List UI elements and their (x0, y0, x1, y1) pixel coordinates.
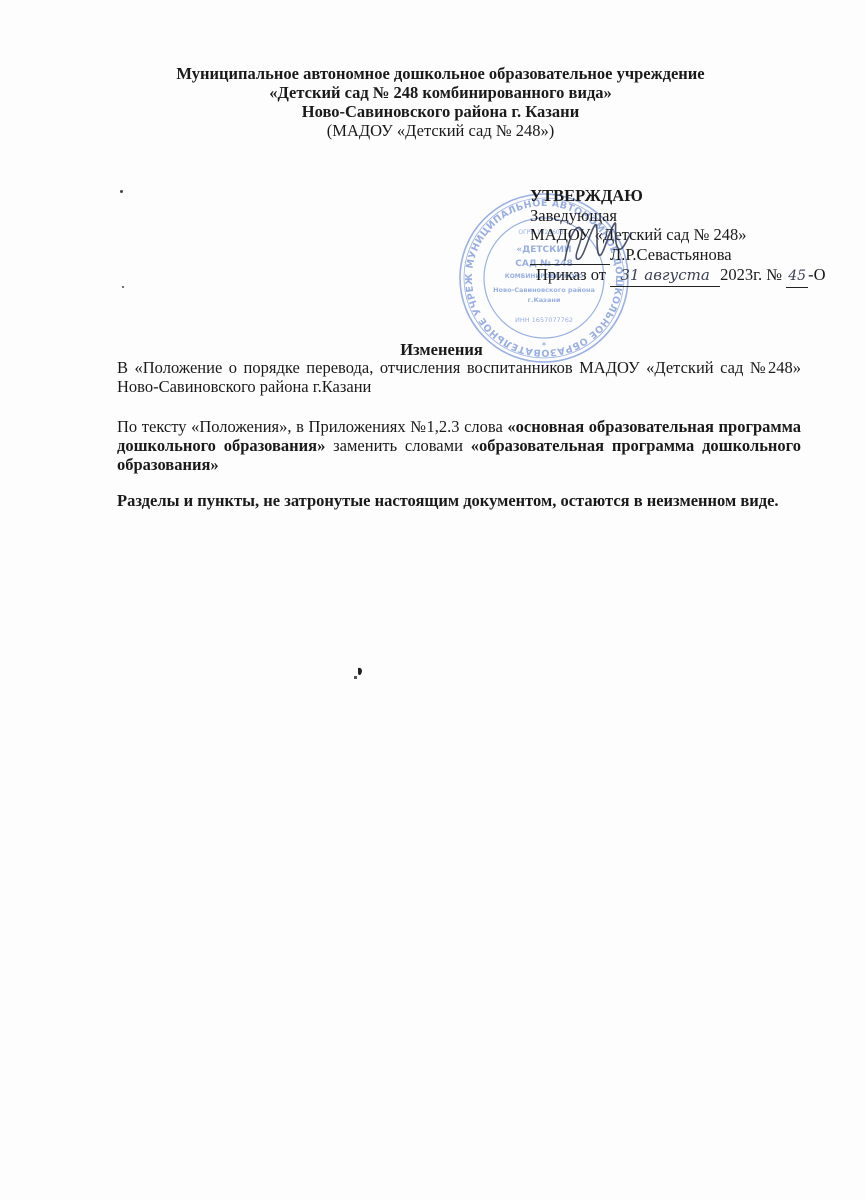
document-page: Муниципальное автономное дошкольное обра… (0, 0, 865, 1200)
closing-paragraph: Разделы и пункты, не затронутые настоящи… (117, 491, 801, 510)
svg-text:ИНН 1657077762: ИНН 1657077762 (515, 316, 573, 324)
change-paragraph: По тексту «Положения», в Приложениях №1,… (117, 417, 801, 474)
document-heading: Изменения (0, 340, 865, 360)
header-line-2: «Детский сад № 248 комбинированного вида… (16, 83, 865, 102)
order-number-handwritten: 45 (786, 267, 808, 288)
header-line-1: Муниципальное автономное дошкольное обра… (16, 64, 865, 83)
institution-header: Муниципальное автономное дошкольное обра… (0, 64, 865, 140)
svg-text:г.Казани: г.Казани (528, 296, 561, 304)
ink-blot-icon (352, 666, 366, 680)
approval-title: УТВЕРЖДАЮ (530, 186, 865, 206)
order-suffix: -О (808, 265, 825, 284)
intro-paragraph: В «Положение о порядке перевода, отчисле… (117, 358, 801, 396)
order-year: 2023г. № (720, 265, 782, 284)
header-line-3: Ново-Савиновского района г. Казани (16, 102, 865, 121)
change-text-1: По тексту «Положения», в Приложениях №1,… (117, 417, 507, 436)
signature-icon (555, 215, 635, 275)
scan-speck (120, 190, 123, 193)
change-text-2: заменить словами (325, 436, 470, 455)
header-line-4: (МАДОУ «Детский сад № 248») (16, 121, 865, 140)
scan-speck (122, 286, 124, 288)
